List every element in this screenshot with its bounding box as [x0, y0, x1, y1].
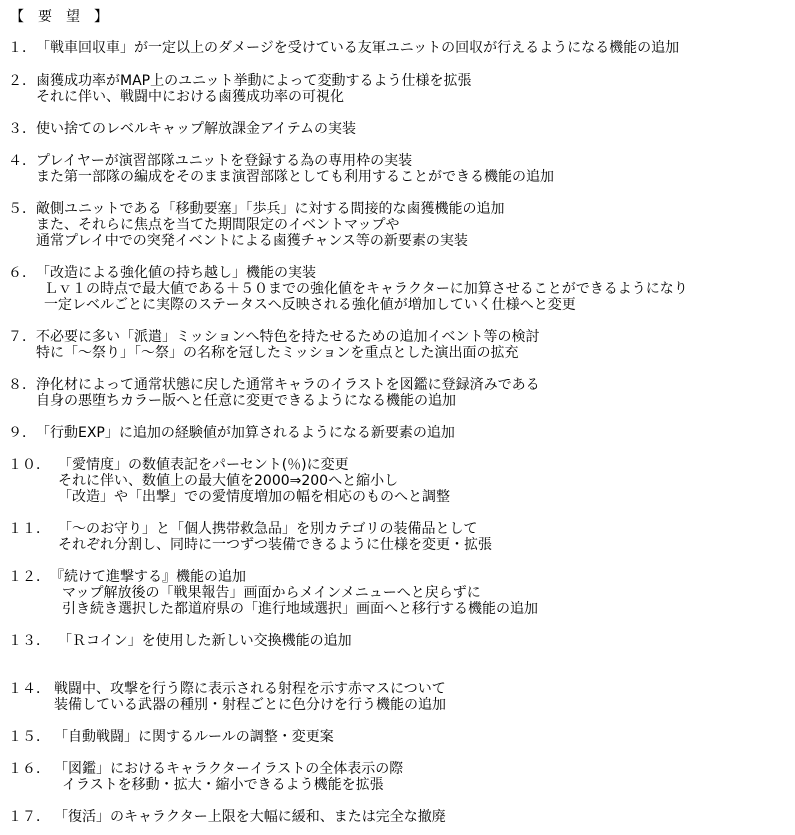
item-number: １２．: [8, 569, 50, 585]
item-line: 「改造による強化値の持ち越し」機能の実装: [36, 265, 316, 281]
item-line: 「自動戦闘」に関するルールの調整・変更案: [54, 729, 334, 745]
item-line: 「行動EXP」に追加の経験値が加算されるようになる新要素の追加: [36, 425, 455, 441]
item-line: 浄化材によって通常状態に戻した通常キャラのイラストを図鑑に登録済みである: [36, 377, 540, 393]
item-number: ６．: [8, 265, 36, 281]
item-line: マップ解放後の「戦果報告」画面からメインメニューへと戻らずに: [62, 585, 481, 601]
item-line: 不必要に多い「派遣」ミッションへ特色を持たせるための追加イベント等の検討: [36, 329, 539, 345]
item-line: 「戦車回収車」が一定以上のダメージを受けている友軍ユニットの回収が行えるようにな…: [36, 40, 679, 56]
item-line: また第一部隊の編成をそのまま演習部隊としても利用することができる機能の追加: [36, 169, 554, 185]
item-number: ９．: [8, 425, 36, 441]
item-line: 「愛情度」の数値表記をパーセント(％)に変更: [58, 457, 349, 473]
item-line: 「～のお守り」と「個人携帯救急品」を別カテゴリの装備品として: [58, 521, 477, 537]
item-number: ４．: [8, 153, 36, 169]
item-line: 引き続き選択した都道府県の「進行地域選択」画面へと移行する機能の追加: [62, 601, 538, 617]
item-line: それに伴い、戦闘中における鹵獲成功率の可視化: [36, 89, 344, 105]
item-number: ２．: [8, 73, 36, 89]
item-line: プレイヤーが演習部隊ユニットを登録する為の専用枠の実装: [36, 153, 412, 169]
item-number: １７．: [8, 809, 50, 825]
item-line: 『続けて進撃する』機能の追加: [50, 569, 246, 585]
item-number: １３．: [8, 633, 50, 649]
item-line: 戦闘中、攻撃を行う際に表示される射程を示す赤マスについて: [54, 681, 446, 697]
item-line: それに伴い、数値上の最大値を2000⇒200へと縮小し: [58, 473, 398, 489]
item-line: また、それらに焦点を当てた期間限定のイベントマップや: [36, 217, 399, 233]
item-line: 敵側ユニットである「移動要塞」「歩兵」に対する間接的な鹵獲機能の追加: [36, 201, 504, 217]
item-number: １．: [8, 40, 36, 56]
item-line: Ｌｖ１の時点で最大値である＋５０までの強化値をキャラクターに加算させることができ…: [44, 281, 688, 297]
item-line: 自身の悪堕ちカラー版へと任意に変更できるようになる機能の追加: [36, 393, 456, 409]
item-line: 「復活」のキャラクター上限を大幅に緩和、または完全な撤廃: [54, 809, 446, 825]
item-line: 「Ｒコイン」を使用した新しい交換機能の追加: [58, 633, 352, 649]
item-number: １０．: [8, 457, 50, 473]
item-line: 「改造」や「出撃」での愛情度増加の幅を相応のものへと調整: [58, 489, 450, 505]
item-number: ３．: [8, 121, 36, 137]
item-number: ５．: [8, 201, 36, 217]
item-number: １４．: [8, 681, 50, 697]
item-line: 一定レベルごとに実際のステータスへ反映される強化値が増加していく仕様へと変更: [44, 297, 576, 313]
item-number: １５．: [8, 729, 50, 745]
page-title: 【 要 望 】: [10, 9, 108, 25]
item-number: １６．: [8, 761, 50, 777]
item-line: 特に「～祭り」「～祭」の名称を冠したミッションを重点とした演出面の拡充: [36, 345, 518, 361]
item-line: それぞれ分割し、同時に一つずつ装備できるように仕様を変更・拡張: [58, 537, 492, 553]
item-line: 使い捨てのレベルキャップ解放課金アイテムの実装: [36, 121, 356, 137]
item-line: イラストを移動・拡大・縮小できるよう機能を拡張: [62, 777, 384, 793]
item-line: 装備している武器の種別・射程ごとに色分けを行う機能の追加: [54, 697, 446, 713]
item-number: ７．: [8, 329, 36, 345]
item-number: １１．: [8, 521, 50, 537]
item-line: 鹵獲成功率がMAP上のユニット挙動によって変動するよう仕様を拡張: [36, 73, 472, 89]
item-line: 「図鑑」におけるキャラクターイラストの全体表示の際: [54, 761, 403, 777]
item-line: 通常プレイ中での突発イベントによる鹵獲チャンス等の新要素の実装: [36, 233, 468, 249]
item-number: ８．: [8, 377, 36, 393]
